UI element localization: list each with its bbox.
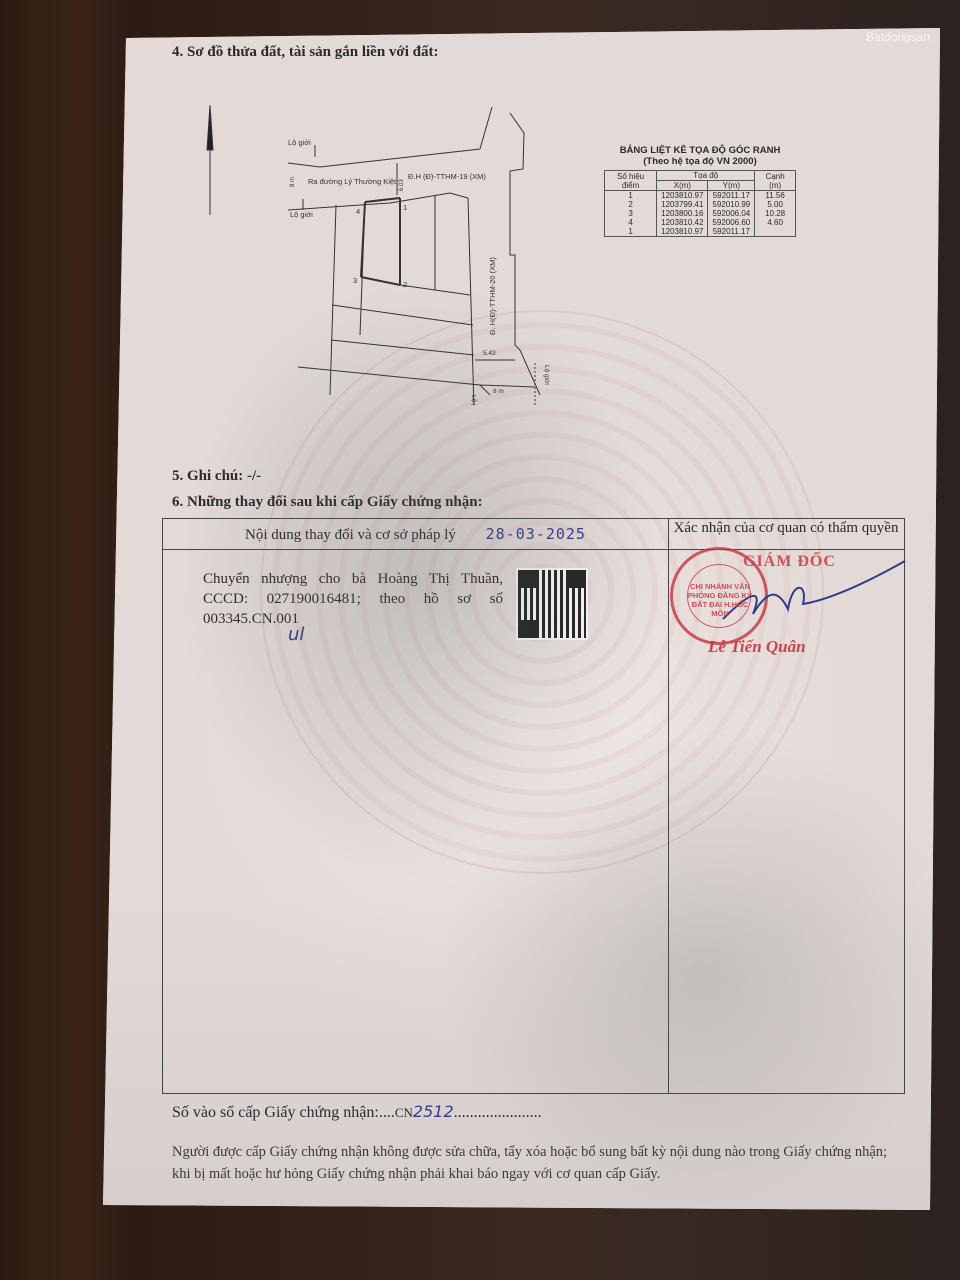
svg-text:8 m: 8 m (493, 388, 504, 395)
certificate-page: Batdongsan 4. Sơ đồ thửa đất, tài sản gắ… (0, 0, 960, 1280)
table-row: 31203800.16592006.0410.28 (605, 209, 796, 218)
registry-number: 2512 (413, 1102, 454, 1121)
col-point: Số hiệu điểm (605, 171, 657, 191)
section-5-heading: 5. Ghi chú: -/- (172, 468, 261, 485)
svg-text:2: 2 (403, 280, 407, 289)
svg-text:1: 1 (403, 203, 407, 212)
registry-number-line: Số vào sổ cấp Giấy chứng nhận:....CN2512… (172, 1102, 542, 1122)
wood-grain (70, 0, 88, 1280)
svg-text:3: 3 (353, 276, 357, 285)
svg-text:Ra đường Lý Thường Kiệt: Ra đường Lý Thường Kiệt (308, 177, 397, 186)
svg-text:Lộ giới: Lộ giới (543, 365, 550, 385)
change-entry-text: Chuyển nhượng cho bà Hoàng Thị Thuần, CC… (203, 569, 503, 629)
svg-text:8 m: 8 m (290, 177, 296, 187)
table-row: 11203810.97592011.17 (605, 227, 796, 237)
land-plot-map: Lộ giới Lộ giới Ra đường Lý Thường Kiệt … (190, 95, 570, 405)
col-x: X(m) (657, 181, 708, 191)
watermark-logo: Batdongsan (866, 30, 930, 44)
svg-text:6.03: 6.03 (399, 179, 405, 191)
coordinate-table-block: BẢNG LIỆT KÊ TỌA ĐỘ GÓC RANH (Theo hệ tọ… (604, 145, 796, 237)
col-edge: Cạnh (m) (755, 171, 796, 191)
date-stamp: 28-03-2025 (486, 525, 586, 543)
svg-text:4: 4 (356, 207, 360, 216)
footer-notice: Người được cấp Giấy chứng nhận không đượ… (172, 1141, 897, 1185)
table-row: 11203810.97592011.1711.56 (605, 191, 796, 201)
svg-text:Lộ giới: Lộ giới (288, 138, 311, 147)
initials-signature: ul (288, 624, 304, 645)
section-4-heading: 4. Sơ đồ thửa đất, tài sản gắn liền với … (172, 44, 439, 61)
coordinate-table: Số hiệu điểm Tọa độ Cạnh (m) X(m) Y(m) 1… (604, 170, 796, 237)
north-arrow-icon (207, 105, 213, 150)
changes-col-header: Nội dung thay đổi và cơ sở pháp lý 28-03… (163, 525, 668, 544)
svg-text:Đ. H(Đ)-TTHM-20 (XM): Đ. H(Đ)-TTHM-20 (XM) (488, 257, 497, 335)
svg-text:Đ.H (Đ)-TTHM-19 (XM): Đ.H (Đ)-TTHM-19 (XM) (408, 172, 486, 181)
confirmation-col-header: Xác nhận của cơ quan có thẩm quyền (668, 521, 904, 536)
coord-table-title: BẢNG LIỆT KÊ TỌA ĐỘ GÓC RANH (604, 145, 796, 156)
section-6-heading: 6. Những thay đổi sau khi cấp Giấy chứng… (172, 494, 483, 511)
coord-table-subtitle: (Theo hệ tọa độ VN 2000) (604, 156, 796, 167)
col-coord: Tọa độ (657, 171, 755, 181)
svg-text:Lộ giới: Lộ giới (290, 210, 313, 219)
svg-text:Lộ giới: Lộ giới (470, 395, 477, 405)
qr-code[interactable] (518, 570, 586, 638)
signer-name: Lê Tiến Quân (708, 637, 806, 657)
svg-text:5.43: 5.43 (483, 350, 496, 357)
wood-grain (20, 0, 50, 1280)
changes-table: Nội dung thay đổi và cơ sở pháp lý 28-03… (162, 518, 905, 1094)
col-y: Y(m) (708, 181, 755, 191)
table-row: 21203799.41592010.995.00 (605, 200, 796, 209)
column-divider (668, 519, 669, 1093)
table-row: 41203810.42592006.604.60 (605, 218, 796, 227)
